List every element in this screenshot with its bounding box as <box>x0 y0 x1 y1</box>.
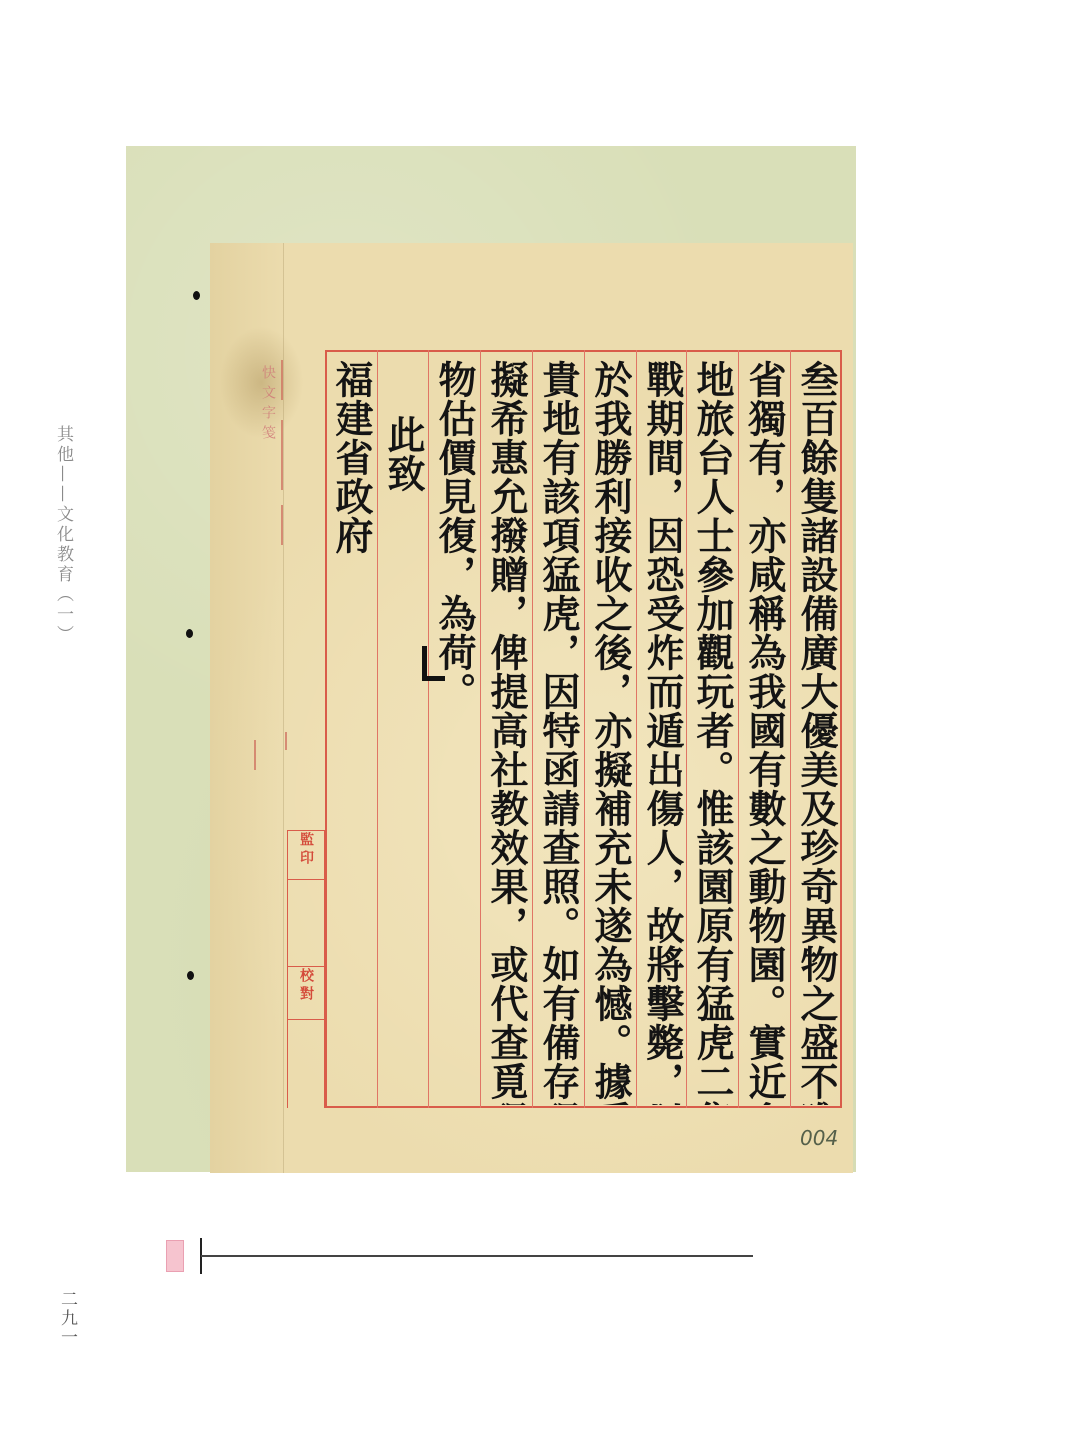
text-column-8: 物估價見復，為荷。 <box>428 360 480 1105</box>
stamp-label: 快文字笺 <box>258 365 278 445</box>
margin-dash <box>281 420 283 490</box>
margin-dash <box>254 740 256 770</box>
text-column-4: 戰期間，因恐受炸而遁出傷人，故將擊斃，以防其禍。 <box>636 360 688 1105</box>
text-column-5: 於我勝利接收之後，亦擬補充未遂為憾。據悉 <box>584 360 636 1105</box>
proofread-box-label: 校對 <box>287 966 325 1020</box>
margin-dash <box>281 360 283 400</box>
page-number: 二九一 <box>56 1290 80 1347</box>
fold-line <box>283 243 284 1173</box>
text-column-closing: 此致 <box>377 415 429 1160</box>
margin-dash <box>285 732 287 750</box>
side-header: 其他——文化教育（一） <box>50 425 76 645</box>
checkmark-icon <box>422 646 445 681</box>
binding-hole-icon <box>186 629 193 638</box>
text-column-7: 擬希惠允撥贈，俾提高社教效果，或代查覓現 <box>480 360 532 1105</box>
text-column-3: 地旅台人士參加觀玩者。惟該園原有猛虎二隻在激 <box>686 360 738 1105</box>
footer-rule <box>201 1255 753 1257</box>
binding-hole-icon <box>193 291 200 300</box>
pink-marker-icon <box>166 1240 184 1272</box>
text-column-6: 貴地有該項猛虎，因特函請查照。如有備存現物， <box>532 360 584 1105</box>
archive-number: 004 <box>800 1126 838 1150</box>
binding-hole-icon <box>187 971 194 980</box>
text-column-1: 叁百餘隻諸設備廣大優美及珍奇異物之盛不唯本 <box>790 360 842 1105</box>
seal-box-label: 監印 <box>287 830 325 880</box>
text-column-recipient: 福建省政府 <box>325 360 377 1105</box>
text-column-2: 省獨有，亦咸稱為我國有數之動物園。實近多由內外 <box>738 360 790 1105</box>
margin-dash <box>281 505 283 545</box>
